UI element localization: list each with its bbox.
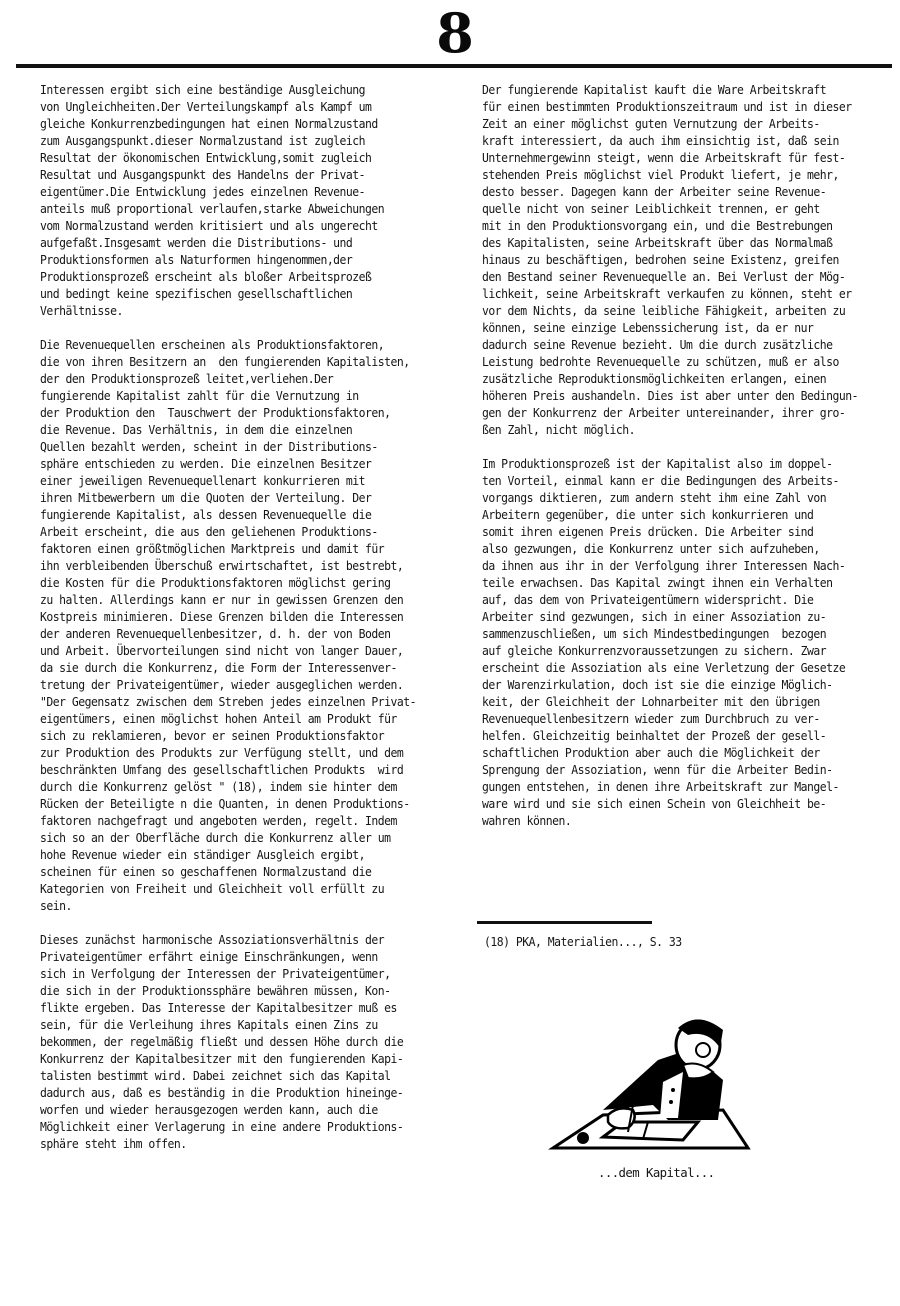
text-line: somit ihren eigenen Preis drücken. Die A…: [482, 524, 863, 541]
text-line: den Bestand seiner Revenuequelle an. Bei…: [482, 269, 863, 286]
text-line: aufgefaßt.Insgesamt werden die Distribut…: [40, 235, 431, 252]
text-line: faktoren einen größtmöglichen Marktpreis…: [40, 541, 431, 558]
text-line: die Revenue. Das Verhältnis, in dem die …: [40, 422, 431, 439]
text-line: sphäre steht ihm offen.: [40, 1136, 431, 1153]
text-line: sein.: [40, 898, 431, 915]
text-line: anteils muß proportional verlaufen,stark…: [40, 201, 431, 218]
text-line: von Ungleichheiten.Der Verteilungskampf …: [40, 99, 431, 116]
text-line: dadurch aus, daß es beständig in die Pro…: [40, 1085, 431, 1102]
text-line: fungierende Kapitalist, als dessen Reven…: [40, 507, 431, 524]
text-line: Produktionsformen als Naturformen hingen…: [40, 252, 431, 269]
text-line: der den Produktionsprozeß leitet,verlieh…: [40, 371, 431, 388]
text-line: scheinen für einen so geschaffenen Norma…: [40, 864, 431, 881]
text-line: Dieses zunächst harmonische Assoziations…: [40, 932, 431, 949]
text-line: tretung der Privateigentümer, wieder aus…: [40, 677, 431, 694]
text-line: zur Produktion des Produkts zur Verfügun…: [40, 745, 431, 762]
paragraph: Die Revenuequellen erscheinen als Produk…: [40, 337, 460, 915]
text-line: Der fungierende Kapitalist kauft die War…: [482, 82, 863, 99]
paragraph: Der fungierende Kapitalist kauft die War…: [482, 82, 892, 439]
text-line: also gezwungen, die Konkurrenz unter sic…: [482, 541, 863, 558]
text-line: eigentümer.Die Entwicklung jedes einzeln…: [40, 184, 431, 201]
text-line: Zeit an einer möglichst guten Vernutzung…: [482, 116, 863, 133]
text-line: können, seine einzige Lebenssicherung is…: [482, 320, 863, 337]
text-line: zum Ausgangspunkt.dieser Normalzustand i…: [40, 133, 431, 150]
text-line: Interessen ergibt sich eine beständige A…: [40, 82, 431, 99]
text-line: durch die Konkurrenz gelöst " (18), inde…: [40, 779, 431, 796]
text-line: die von ihren Besitzern an den fungieren…: [40, 354, 431, 371]
text-line: die sich in der Produktionssphäre bewähr…: [40, 983, 431, 1000]
text-line: sich so an der Oberfläche durch die Konk…: [40, 830, 431, 847]
text-line: talisten bestimmt wird. Dabei zeichnet s…: [40, 1068, 431, 1085]
paragraph: Dieses zunächst harmonische Assoziations…: [40, 932, 460, 1153]
text-line: fungierende Kapitalist zahlt für die Ver…: [40, 388, 431, 405]
left-column: Interessen ergibt sich eine beständige A…: [40, 82, 460, 1170]
text-line: Arbeiter sind gezwungen, sich in einer A…: [482, 609, 863, 626]
text-line: höheren Preis aushandeln. Dies ist aber …: [482, 388, 863, 405]
text-line: Rücken der Beteiligte n die Quanten, in …: [40, 796, 431, 813]
footnote-rule: [477, 921, 652, 924]
text-line: gleiche Konkurrenzbedingungen hat einen …: [40, 116, 431, 133]
cartoon-capitalist-writing-icon: [548, 1010, 778, 1175]
text-line: quelle nicht von seiner Leiblichkeit tre…: [482, 201, 863, 218]
text-line: helfen. Gleichzeitig beinhaltet der Proz…: [482, 728, 863, 745]
paragraph: Interessen ergibt sich eine beständige A…: [40, 82, 460, 320]
text-line: Revenuequellenbesitzern wieder zum Durch…: [482, 711, 863, 728]
text-line: Kategorien von Freiheit und Gleichheit v…: [40, 881, 431, 898]
text-line: Verhältnisse.: [40, 303, 431, 320]
text-line: faktoren nachgefragt und angeboten werde…: [40, 813, 431, 830]
text-line: auf, das dem von Privateigentümern wider…: [482, 592, 863, 609]
text-line: und bedingt keine spezifischen gesellsch…: [40, 286, 431, 303]
text-line: hinaus zu beschäftigen, bedrohen seine E…: [482, 252, 863, 269]
text-line: vorgangs diktieren, zum andern steht ihm…: [482, 490, 863, 507]
text-line: Resultat der ökonomischen Entwicklung,so…: [40, 150, 431, 167]
text-line: vor dem Nichts, da seine leibliche Fähig…: [482, 303, 863, 320]
text-line: Arbeit erscheint, die aus den geliehenen…: [40, 524, 431, 541]
text-line: "Der Gegensatz zwischen dem Streben jede…: [40, 694, 431, 711]
text-line: ßen Zahl, nicht möglich.: [482, 422, 863, 439]
text-line: dadurch seine Revenue bezieht. Um die du…: [482, 337, 863, 354]
footnote: (18) PKA, Materialien..., S. 33: [484, 934, 682, 951]
text-line: ware wird und sie sich einen Schein von …: [482, 796, 863, 813]
text-line: die Kosten für die Produktionsfaktoren m…: [40, 575, 431, 592]
text-line: schaftlichen Produktion aber auch die Mö…: [482, 745, 863, 762]
text-line: ten Vorteil, einmal kann er die Bedingun…: [482, 473, 863, 490]
text-line: gungen entstehen, in denen ihre Arbeitsk…: [482, 779, 863, 796]
text-line: Arbeitern gegenüber, die unter sich konk…: [482, 507, 863, 524]
text-line: ihn verbleibenden Überschuß erwirtschaft…: [40, 558, 431, 575]
text-line: Privateigentümer erfährt einige Einschrä…: [40, 949, 431, 966]
text-line: stehenden Preis möglichst viel Produkt l…: [482, 167, 863, 184]
text-line: ihren Mitbewerbern um die Quoten der Ver…: [40, 490, 431, 507]
text-line: Quellen bezahlt werden, scheint in der D…: [40, 439, 431, 456]
text-line: lichkeit, seine Arbeitskraft verkaufen z…: [482, 286, 863, 303]
text-line: beschränkten Umfang des gesellschaftlich…: [40, 762, 431, 779]
text-line: bekommen, der regelmäßig fließt und dess…: [40, 1034, 431, 1051]
text-line: Leistung bedrohte Revenuequelle zu schüt…: [482, 354, 863, 371]
text-line: wahren können.: [482, 813, 863, 830]
text-line: Produktionsprozeß erscheint als bloßer A…: [40, 269, 431, 286]
text-line: Möglichkeit einer Verlagerung in eine an…: [40, 1119, 431, 1136]
text-line: auf gleiche Konkurrenzvoraussetzungen zu…: [482, 643, 863, 660]
text-line: Sprengung der Assoziation, wenn für die …: [482, 762, 863, 779]
text-line: da ihnen aus ihr in der Verfolgung ihrer…: [482, 558, 863, 575]
text-line: sphäre entschieden zu werden. Die einzel…: [40, 456, 431, 473]
text-line: für einen bestimmten Produktionszeitraum…: [482, 99, 863, 116]
text-line: zu halten. Allerdings kann er nur in gew…: [40, 592, 431, 609]
text-line: gen der Konkurrenz der Arbeiter unterein…: [482, 405, 863, 422]
text-line: zusätzliche Reproduktionsmöglichkeiten e…: [482, 371, 863, 388]
text-line: des Kapitalisten, seine Arbeitskraft übe…: [482, 235, 863, 252]
text-line: Im Produktionsprozeß ist der Kapitalist …: [482, 456, 863, 473]
text-line: einer jeweiligen Revenuequellenart konku…: [40, 473, 431, 490]
text-line: der Warenzirkulation, doch ist sie die e…: [482, 677, 863, 694]
header-rule: [16, 64, 892, 68]
paragraph: Im Produktionsprozeß ist der Kapitalist …: [482, 456, 892, 830]
text-line: kraft interessiert, da auch ihm einsicht…: [482, 133, 863, 150]
text-line: keit, der Gleichheit der Lohnarbeiter mi…: [482, 694, 863, 711]
text-line: hohe Revenue wieder ein ständiger Ausgle…: [40, 847, 431, 864]
text-line: Konkurrenz der Kapitalbesitzer mit den f…: [40, 1051, 431, 1068]
text-line: eigentümers, einen möglichst hohen Antei…: [40, 711, 431, 728]
text-line: und Arbeit. Übervorteilungen sind nicht …: [40, 643, 431, 660]
text-line: Unternehmergewinn steigt, wenn die Arbei…: [482, 150, 863, 167]
text-line: Die Revenuequellen erscheinen als Produk…: [40, 337, 431, 354]
text-line: sammenzuschließen, um sich Mindestbeding…: [482, 626, 863, 643]
text-line: sich zu reklamieren, bevor er seinen Pro…: [40, 728, 431, 745]
text-line: da sie durch die Konkurrenz, die Form de…: [40, 660, 431, 677]
page-number: 8: [420, 6, 490, 60]
text-line: der anderen Revenuequellenbesitzer, d. h…: [40, 626, 431, 643]
text-line: worfen und wieder herausgezogen werden k…: [40, 1102, 431, 1119]
text-line: vom Normalzustand werden kritisiert und …: [40, 218, 431, 235]
text-line: der Produktion den Tauschwert der Produk…: [40, 405, 431, 422]
text-line: desto besser. Dagegen kann der Arbeiter …: [482, 184, 863, 201]
right-column: Der fungierende Kapitalist kauft die War…: [482, 82, 892, 847]
text-line: mit in den Produktionsvorgang ein, und d…: [482, 218, 863, 235]
text-line: erscheint die Assoziation als eine Verle…: [482, 660, 863, 677]
illustration-caption: ...dem Kapital...: [598, 1165, 715, 1182]
text-line: Resultat und Ausgangspunkt des Handelns …: [40, 167, 431, 184]
text-line: flikte ergeben. Das Interesse der Kapita…: [40, 1000, 431, 1017]
text-line: Kostpreis minimieren. Diese Grenzen bild…: [40, 609, 431, 626]
text-line: teile erwachsen. Das Kapital zwingt ihne…: [482, 575, 863, 592]
text-line: sein, für die Verleihung ihres Kapitals …: [40, 1017, 431, 1034]
text-line: sich in Verfolgung der Interessen der Pr…: [40, 966, 431, 983]
